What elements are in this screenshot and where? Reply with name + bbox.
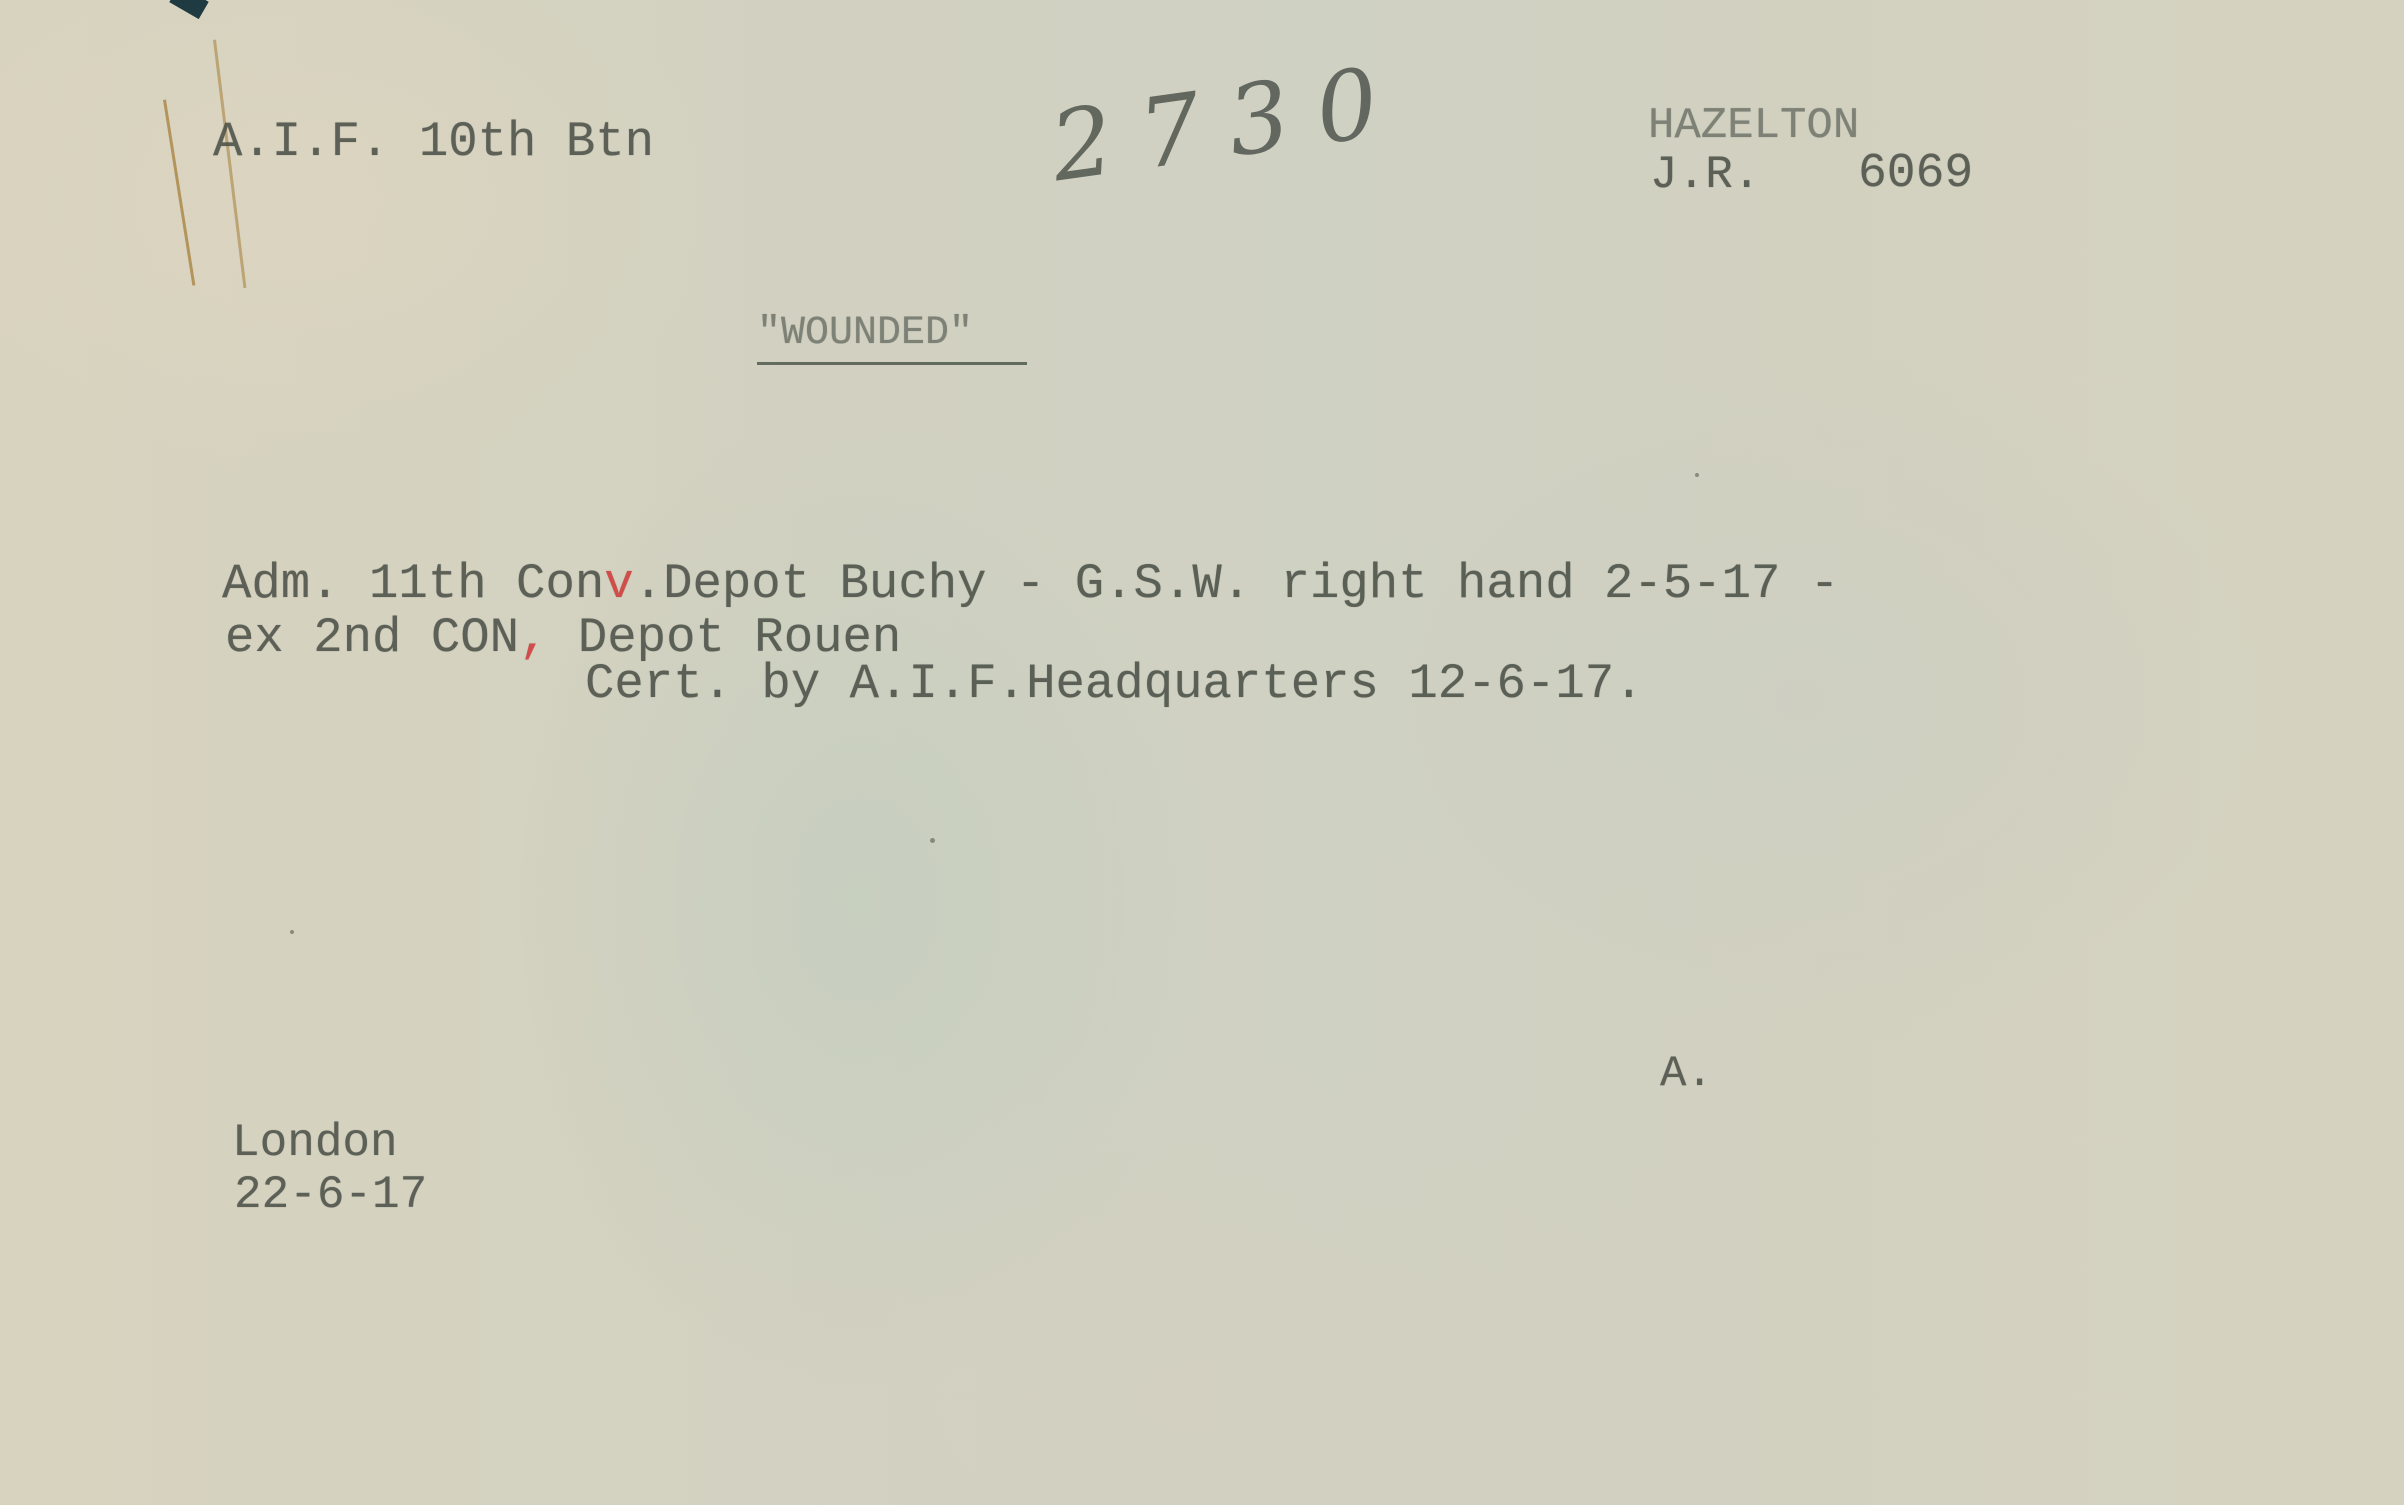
initial-mark: A. — [1660, 1052, 1713, 1096]
status-underline — [757, 362, 1027, 365]
footer-date: 22-6-17 — [234, 1172, 427, 1218]
paper-speck — [930, 838, 935, 843]
record-line-1-start: Adm. 11th Con — [222, 556, 604, 612]
red-correction-v: v — [604, 556, 633, 612]
certification-line: Cert. by A.I.F.Headquarters 12-6-17. — [585, 660, 1644, 709]
red-correction-mark: , — [519, 610, 548, 666]
initials: J.R. — [1650, 152, 1760, 198]
paper-speck — [1695, 473, 1699, 477]
status-heading: "WOUNDED" — [757, 314, 973, 354]
service-number: 6069 — [1858, 150, 1973, 198]
record-line-1: Adm. 11th Conv.Depot Buchy - G.S.W. righ… — [222, 560, 1839, 609]
record-line-1-rest: .Depot Buchy - G.S.W. right hand 2-5-17 … — [634, 556, 1840, 612]
paper-background — [0, 0, 2404, 1505]
paper-speck — [290, 930, 294, 934]
footer-place: London — [232, 1120, 398, 1166]
unit-label: A.I.F. 10th Btn — [213, 118, 654, 167]
surname: HAZELTON — [1648, 104, 1859, 148]
record-line-2-start: ex 2nd CON — [225, 610, 519, 666]
